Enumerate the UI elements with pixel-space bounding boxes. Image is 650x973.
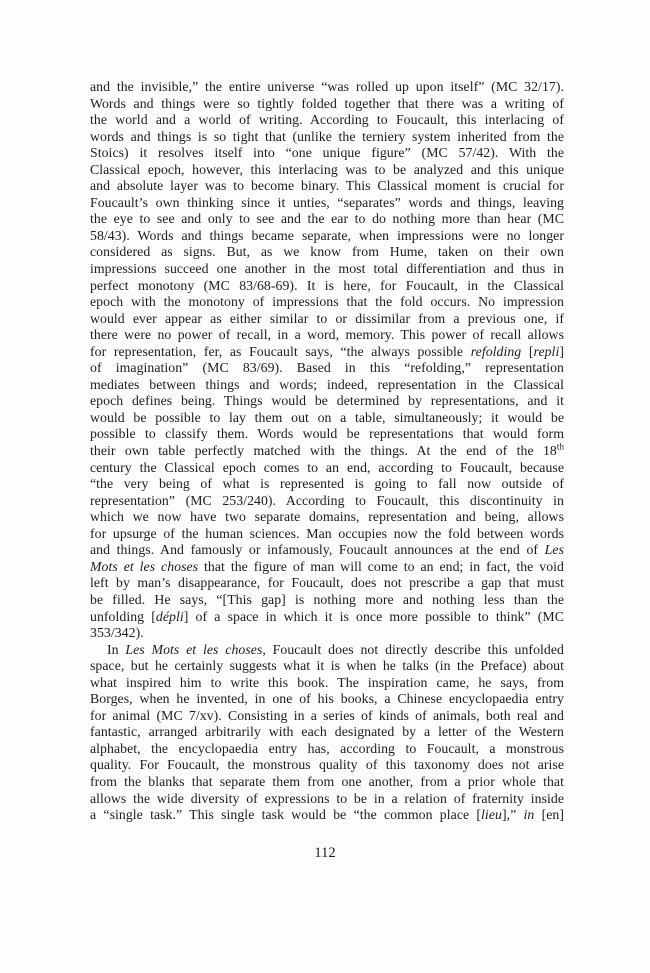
text-segment: there were no power of recall, in a word… xyxy=(90,327,564,342)
text-segment: left by man’s disappearance, for Foucaul… xyxy=(90,575,564,590)
text-segment: ],” xyxy=(502,807,524,822)
text-line: epoch with the monotony of impressions t… xyxy=(90,294,564,311)
text-line: a “single task.” This single task would … xyxy=(90,807,564,824)
text-segment: ] of a space in which it is once more po… xyxy=(184,609,564,624)
text-line: and the invisible,” the entire universe … xyxy=(90,79,564,96)
book-page: and the invisible,” the entire universe … xyxy=(0,0,650,973)
text-line: In Les Mots et les choses, Foucault does… xyxy=(90,642,564,659)
text-line: there were no power of recall, in a word… xyxy=(90,327,564,344)
text-segment: for upsurge of the human sciences. Man o… xyxy=(90,526,564,541)
text-line: alphabet, the encyclopaedia entry has, a… xyxy=(90,741,564,758)
text-segment: the eye to see and only to see and the e… xyxy=(90,211,564,226)
text-segment: of imagination” (MC 83/69). Based in thi… xyxy=(90,360,564,375)
text-line: possible to classify them. Words would b… xyxy=(90,426,564,443)
text-segment: repli xyxy=(534,344,560,359)
text-line: of imagination” (MC 83/69). Based in thi… xyxy=(90,360,564,377)
text-segment: 353/342). xyxy=(90,625,144,640)
text-line: Words and things were so tightly folded … xyxy=(90,96,564,113)
text-line: words and things is so tight that (unlik… xyxy=(90,129,564,146)
text-segment: unfolding [ xyxy=(90,609,156,624)
text-segment: from the blanks that separate them from … xyxy=(90,774,564,789)
text-segment: and absolute layer was to become binary.… xyxy=(90,178,564,193)
text-line: the world and a world of writing. Accord… xyxy=(90,112,564,129)
text-segment: alphabet, the encyclopaedia entry has, a… xyxy=(90,741,564,756)
text-segment: their own table perfectly matched with t… xyxy=(90,443,557,458)
text-line: Stoics) it resolves itself into “one uni… xyxy=(90,145,564,162)
text-segment: for representation, fer, as Foucault say… xyxy=(90,344,471,359)
text-segment: possible to classify them. Words would b… xyxy=(90,426,564,441)
text-segment: , Foucault does not directly describe th… xyxy=(262,642,564,657)
text-line: and absolute layer was to become binary.… xyxy=(90,178,564,195)
page-number: 112 xyxy=(0,845,650,862)
text-line: 58/43). Words and things became separate… xyxy=(90,228,564,245)
text-line: epoch defines being. Things would be det… xyxy=(90,393,564,410)
text-line: representation” (MC 253/240). According … xyxy=(90,493,564,510)
text-line: fantastic, arranged arbitrarily with eac… xyxy=(90,724,564,741)
text-line: “the very being of what is represented i… xyxy=(90,476,564,493)
text-segment: [ xyxy=(521,344,533,359)
text-segment: impressions succeed one another in the m… xyxy=(90,261,564,276)
text-line: space, but he certainly suggests what it… xyxy=(90,658,564,675)
text-line: for animal (MC 7/xv). Consisting in a se… xyxy=(90,708,564,725)
text-line: unfolding [dépli] of a space in which it… xyxy=(90,609,564,626)
text-line: Mots et les choses that the figure of ma… xyxy=(90,559,564,576)
text-segment: which we now have two separate domains, … xyxy=(90,509,564,524)
text-line: considered as signs. But, as we know fro… xyxy=(90,244,564,261)
text-line: impressions succeed one another in the m… xyxy=(90,261,564,278)
text-segment: allows the wide diversity of expressions… xyxy=(90,791,564,806)
text-segment: In xyxy=(107,642,125,657)
text-segment: quality. For Foucault, the monstrous qua… xyxy=(90,757,564,772)
text-segment: would ever appear as either similar to o… xyxy=(90,311,564,326)
text-segment: space, but he certainly suggests what it… xyxy=(90,658,564,673)
text-segment: Classical epoch, however, this interlaci… xyxy=(90,162,564,177)
text-segment: Les xyxy=(545,542,564,557)
text-segment: that the figure of man will come to an e… xyxy=(198,559,564,574)
text-line: would be possible to lay them out on a t… xyxy=(90,410,564,427)
text-line: Foucault’s own thinking since it unties,… xyxy=(90,195,564,212)
text-segment: representation” (MC 253/240). According … xyxy=(90,493,564,508)
text-segment: words and things is so tight that (unlik… xyxy=(90,129,564,144)
text-segment: Stoics) it resolves itself into “one uni… xyxy=(90,145,564,160)
text-segment: in xyxy=(524,807,535,822)
text-segment: for animal (MC 7/xv). Consisting in a se… xyxy=(90,708,564,723)
text-line: mediates between things and words; indee… xyxy=(90,377,564,394)
text-line: from the blanks that separate them from … xyxy=(90,774,564,791)
text-line: for upsurge of the human sciences. Man o… xyxy=(90,526,564,543)
text-line: the eye to see and only to see and the e… xyxy=(90,211,564,228)
text-segment: mediates between things and words; indee… xyxy=(90,377,564,392)
text-line: 353/342). xyxy=(90,625,564,642)
text-segment: epoch with the monotony of impressions t… xyxy=(90,294,564,309)
text-segment: lieu xyxy=(481,807,502,822)
text-segment: “the very being of what is represented i… xyxy=(90,476,564,491)
text-line: which we now have two separate domains, … xyxy=(90,509,564,526)
text-line: perfect monotony (MC 83/68-69). It is he… xyxy=(90,278,564,295)
text-segment: fantastic, arranged arbitrarily with eac… xyxy=(90,724,564,739)
text-line: would ever appear as either similar to o… xyxy=(90,311,564,328)
page-text: and the invisible,” the entire universe … xyxy=(90,79,564,824)
text-segment: a “single task.” This single task would … xyxy=(90,807,481,822)
text-segment: th xyxy=(557,441,564,451)
text-line: century the Classical epoch comes to an … xyxy=(90,460,564,477)
text-segment: ] xyxy=(559,344,564,359)
text-line: what inspired him to write this book. Th… xyxy=(90,675,564,692)
text-line: Borges, when he invented, in one of his … xyxy=(90,691,564,708)
text-segment: and things. And famously or infamously, … xyxy=(90,542,545,557)
text-segment: Foucault’s own thinking since it unties,… xyxy=(90,195,564,210)
text-segment: refolding xyxy=(471,344,522,359)
text-line: be filled. He says, “[This gap] is nothi… xyxy=(90,592,564,609)
text-segment: considered as signs. But, as we know fro… xyxy=(90,244,564,259)
text-segment: be filled. He says, “[This gap] is nothi… xyxy=(90,592,564,607)
text-line: quality. For Foucault, the monstrous qua… xyxy=(90,757,564,774)
text-line: and things. And famously or infamously, … xyxy=(90,542,564,559)
text-segment: what inspired him to write this book. Th… xyxy=(90,675,564,690)
text-segment: dépli xyxy=(156,609,184,624)
text-segment: 58/43). Words and things became separate… xyxy=(90,228,564,243)
text-segment: [en] xyxy=(534,807,564,822)
text-segment: epoch defines being. Things would be det… xyxy=(90,393,564,408)
text-segment: Mots et les choses xyxy=(90,559,198,574)
text-line: Classical epoch, however, this interlaci… xyxy=(90,162,564,179)
text-segment: and the invisible,” the entire universe … xyxy=(90,79,564,94)
text-segment: Borges, when he invented, in one of his … xyxy=(90,691,564,706)
text-segment: perfect monotony (MC 83/68-69). It is he… xyxy=(90,278,564,293)
text-segment: Words and things were so tightly folded … xyxy=(90,96,564,111)
text-line: for representation, fer, as Foucault say… xyxy=(90,344,564,361)
text-segment: Les Mots et les choses xyxy=(125,642,262,657)
text-segment: century the Classical epoch comes to an … xyxy=(90,460,564,475)
text-line: left by man’s disappearance, for Foucaul… xyxy=(90,575,564,592)
text-segment: would be possible to lay them out on a t… xyxy=(90,410,564,425)
text-line: their own table perfectly matched with t… xyxy=(90,443,564,460)
text-segment: the world and a world of writing. Accord… xyxy=(90,112,564,127)
text-line: allows the wide diversity of expressions… xyxy=(90,791,564,808)
